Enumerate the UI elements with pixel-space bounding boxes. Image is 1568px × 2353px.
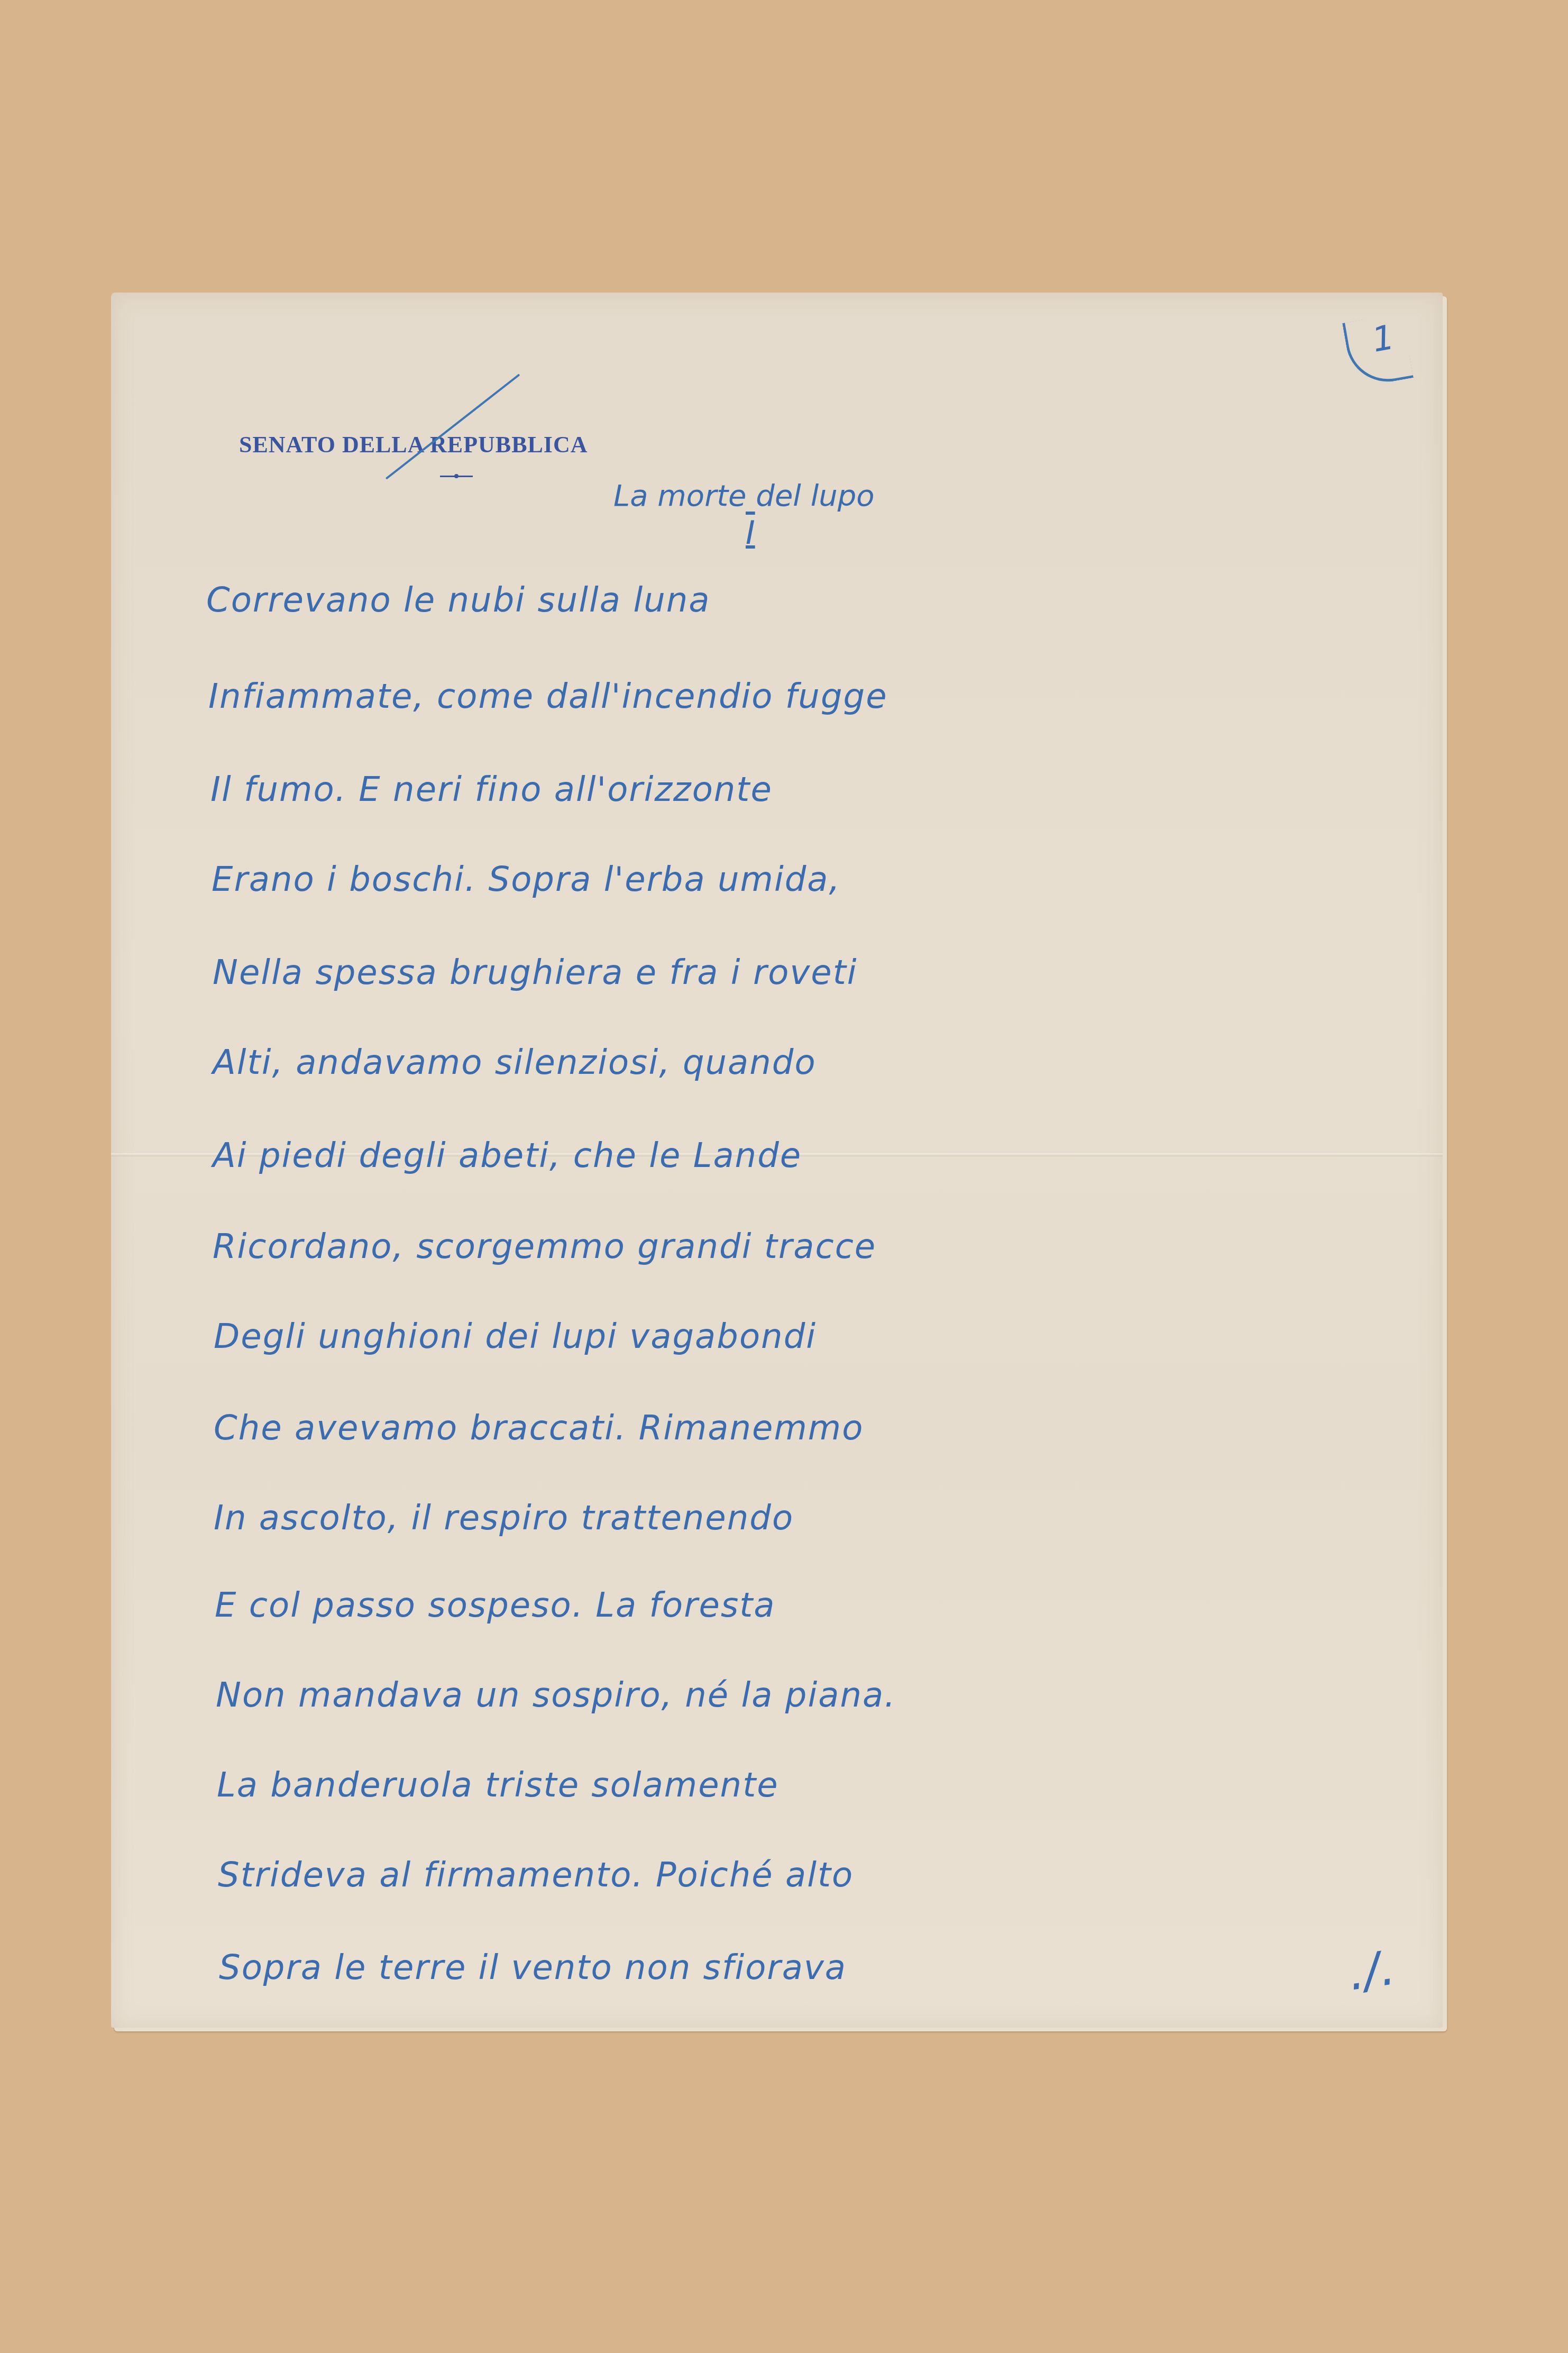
manuscript-page: 1 SENATO DELLA REPUBBLICA La morte del l… [111, 293, 1443, 2028]
verse-line: Che avevamo braccati. Rimanemmo [214, 1409, 864, 1448]
page-number-circled: 1 [1342, 313, 1414, 388]
verse-line: Correvano le nubi sulla luna [206, 581, 711, 620]
letterhead-strike-mark [386, 373, 520, 479]
letterhead: SENATO DELLA REPUBBLICA [239, 431, 588, 458]
continuation-mark: ./. [1345, 1940, 1398, 2001]
letterhead-ornament-rule [440, 476, 473, 477]
verse-line: In ascolto, il respiro trattenendo [214, 1499, 794, 1538]
verse-line: Strideva al firmamento. Poiché alto [218, 1856, 854, 1895]
verse-line: La banderuola triste solamente [217, 1766, 779, 1805]
verse-line: Sopra le terre il vento non sfiorava [219, 1948, 847, 1987]
verse-line: E col passo sospeso. La foresta [215, 1586, 776, 1625]
section-numeral: I [746, 515, 755, 552]
page-number: 1 [1369, 318, 1397, 360]
verse-line: Alti, andavamo silenziosi, quando [213, 1043, 817, 1082]
verse-line: Ricordano, scorgemmo grandi tracce [213, 1227, 876, 1266]
verse-line: Nella spessa brughiera e fra i roveti [213, 953, 858, 992]
verse-line: Degli unghioni dei lupi vagabondi [214, 1317, 817, 1356]
verse-line: Erano i boschi. Sopra l'erba umida, [212, 860, 841, 899]
verse-line: Il fumo. E neri fino all'orizzonte [210, 770, 773, 809]
verse-line: Non mandava un sospiro, né la piana. [216, 1676, 896, 1715]
verse-line: Ai piedi degli abeti, che le Lande [213, 1136, 802, 1175]
poem-title: La morte del lupo [613, 479, 875, 513]
verse-line: Infiammate, come dall'incendio fugge [208, 677, 888, 716]
